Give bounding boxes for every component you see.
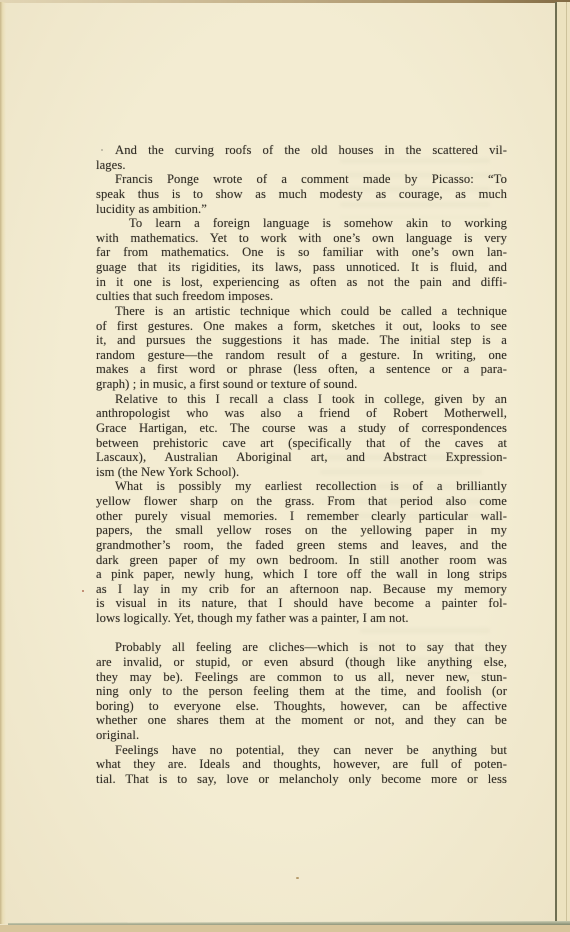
paragraph: Relative to this I recall a class I took… xyxy=(96,392,507,480)
scan-background-bottom xyxy=(0,925,570,932)
page-top-edge xyxy=(0,0,570,3)
paragraph: What is possibly my earliest recollectio… xyxy=(96,479,507,625)
dust-speck xyxy=(101,149,103,151)
text-line: random gesture—the random result of a ge… xyxy=(96,348,507,363)
text-line: whether one shares them at the moment or… xyxy=(96,713,507,728)
text-line: There is an artistic technique which cou… xyxy=(96,304,507,319)
adjacent-page-edge xyxy=(555,2,570,923)
dust-speck xyxy=(82,590,84,592)
text-line: And the curving roofs of the old houses … xyxy=(96,143,507,158)
text-line: To learn a foreign language is somehow a… xyxy=(96,216,507,231)
text-line: yellow flower sharp on the grass. From t… xyxy=(96,494,507,509)
text-line: between prehistoric cave art (specifical… xyxy=(96,436,507,451)
text-line: original. xyxy=(96,728,507,743)
text-line: it, and pursues the suggestions it has m… xyxy=(96,333,507,348)
text-line: speak thus is to show as much modesty as… xyxy=(96,187,507,202)
paragraph: To learn a foreign language is somehow a… xyxy=(96,216,507,304)
text-line: Relative to this I recall a class I took… xyxy=(96,392,507,407)
text-line: culties that such freedom imposes. xyxy=(96,289,507,304)
scanned-page: And the curving roofs of the old houses … xyxy=(0,0,570,932)
text-line: lows logically. Yet, though my father wa… xyxy=(96,611,507,626)
paragraph: Feelings have no potential, they can nev… xyxy=(96,743,507,787)
text-line: they may be). Feelings are common to us … xyxy=(96,670,507,685)
text-line: grandmother’s room, the faded green stem… xyxy=(96,538,507,553)
page-text: And the curving roofs of the old houses … xyxy=(96,143,507,787)
text-line: boring) to everyone else. Thoughts, howe… xyxy=(96,699,507,714)
text-line: dark green paper of my own bedroom. In s… xyxy=(96,553,507,568)
text-line: is visual in its nature, that I should h… xyxy=(96,596,507,611)
text-line: what they are. Ideals and thoughts, howe… xyxy=(96,757,507,772)
text-line: Feelings have no potential, they can nev… xyxy=(96,743,507,758)
page-left-edge xyxy=(0,2,6,924)
text-line: ism (the New York School). xyxy=(96,465,507,480)
dust-speck xyxy=(296,877,299,879)
text-line: lucidity as ambition.” xyxy=(96,202,507,217)
text-line: Lascaux), Australian Aboriginal art, and… xyxy=(96,450,507,465)
text-line: What is possibly my earliest recollectio… xyxy=(96,479,507,494)
paragraph: There is an artistic technique which cou… xyxy=(96,304,507,392)
text-line: a pink paper, newly hung, which I tore o… xyxy=(96,567,507,582)
text-line: far from mathematics. One is so familiar… xyxy=(96,245,507,260)
text-line: Grace Hartigan, etc. The course was a st… xyxy=(96,421,507,436)
paragraph: And the curving roofs of the old houses … xyxy=(96,143,507,172)
text-line: other purely visual memories. I remember… xyxy=(96,509,507,524)
text-line: Probably all feeling are cliches—which i… xyxy=(96,640,507,655)
paragraph: Francis Ponge wrote of a comment made by… xyxy=(96,172,507,216)
text-line: as I lay in my crib for an afternoon nap… xyxy=(96,582,507,597)
text-line: graph) ; in music, a first sound or text… xyxy=(96,377,507,392)
text-line: lages. xyxy=(96,158,507,173)
text-line: of first gestures. One makes a form, ske… xyxy=(96,319,507,334)
text-line: tial. That is to say, love or melancholy… xyxy=(96,772,507,787)
text-line: anthropologist who was also a friend of … xyxy=(96,406,507,421)
text-line: guage that its rigidities, its laws, pas… xyxy=(96,260,507,275)
text-line: papers, the small yellow roses on the ye… xyxy=(96,523,507,538)
paragraph: Probably all feeling are cliches—which i… xyxy=(96,640,507,742)
text-line: ning only to the person feeling them at … xyxy=(96,684,507,699)
text-line: in it one is lost, experiencing as often… xyxy=(96,275,507,290)
text-line: makes a first word or phrase (less often… xyxy=(96,362,507,377)
text-line: with mathematics. Yet to work with one’s… xyxy=(96,231,507,246)
text-line: are invalid, or stupid, or even absurd (… xyxy=(96,655,507,670)
text-line: Francis Ponge wrote of a comment made by… xyxy=(96,172,507,187)
